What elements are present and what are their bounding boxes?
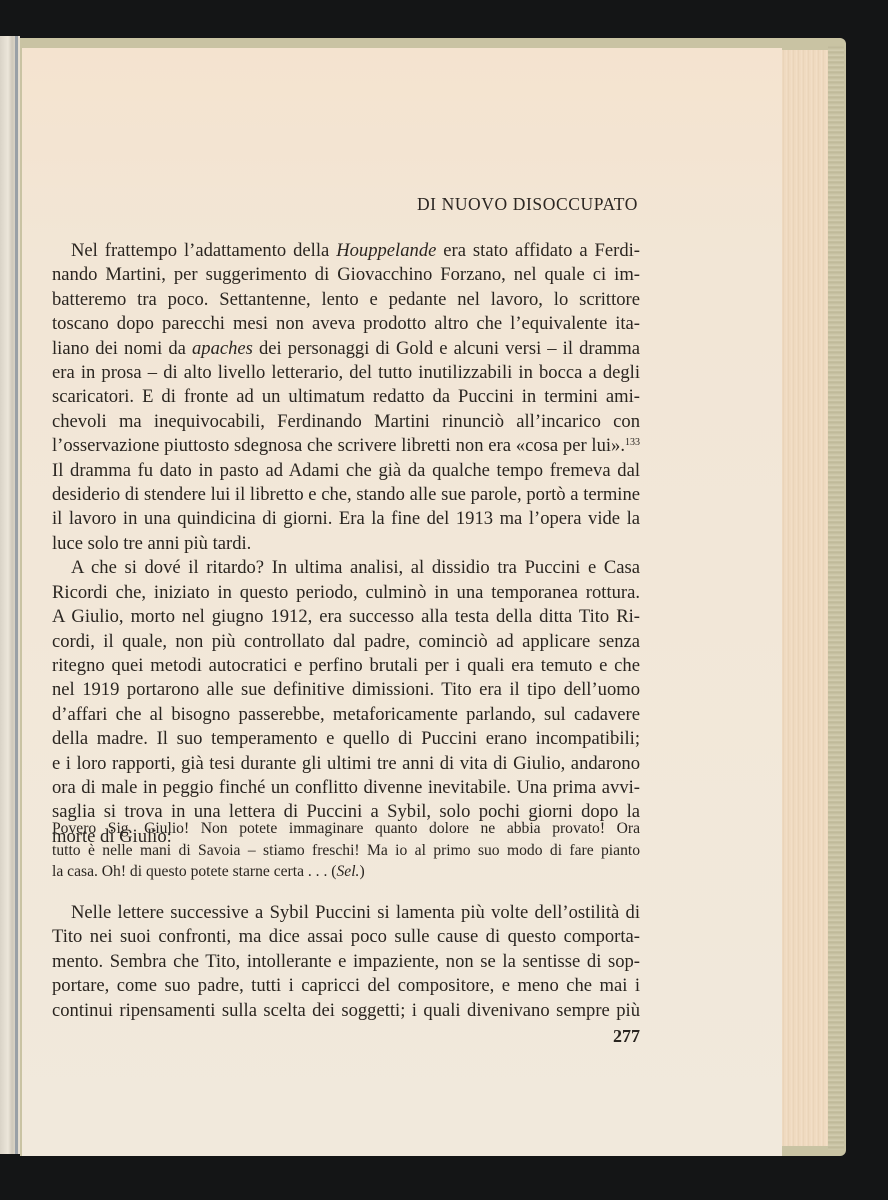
block-quote: Povero Sig. Giulio! Non potete immaginar… bbox=[52, 818, 640, 883]
text-line: mento. Sembra che Tito, intollerante e i… bbox=[52, 950, 640, 974]
text-line: luce solo tre anni più tardi. bbox=[52, 532, 640, 556]
text-line: Nelle lettere successive a Sybil Puccini… bbox=[52, 901, 640, 925]
text-line: portare, come suo padre, tutti i capricc… bbox=[52, 974, 640, 998]
text-line: liano dei nomi da apaches dei personaggi… bbox=[52, 337, 640, 361]
page-block-edges bbox=[780, 50, 828, 1146]
text-line: della madre. Il suo temperamento e quell… bbox=[52, 727, 640, 751]
text-line: desiderio di stendere lui il libretto e … bbox=[52, 483, 640, 507]
paragraph-3: Nelle lettere successive a Sybil Puccini… bbox=[52, 901, 640, 1023]
book-gutter bbox=[15, 36, 18, 1154]
quote-line: Povero Sig. Giulio! Non potete immaginar… bbox=[52, 818, 640, 840]
text-line: A che si dové il ritardo? In ultima anal… bbox=[52, 556, 640, 580]
text-line: ritegno quei metodi autocratici e perfin… bbox=[52, 654, 640, 678]
text-line: e i loro rapporti, già tesi durante gli … bbox=[52, 752, 640, 776]
facing-page-edge bbox=[0, 36, 20, 1154]
quote-source: Sel. bbox=[336, 863, 359, 880]
text-line: scaricatori. E di fronte ad un ultimatum… bbox=[52, 385, 640, 409]
cover-cloth-edge bbox=[828, 46, 844, 1150]
text-line: Nel frattempo l’adattamento della Houppe… bbox=[52, 239, 640, 263]
quote-line: la casa. Oh! di questo potete starne cer… bbox=[52, 861, 640, 883]
text-line: batteremo tra poco. Settantenne, lento e… bbox=[52, 288, 640, 312]
text-line: il lavoro in una quindicina di giorni. E… bbox=[52, 507, 640, 531]
text-line: Il dramma fu dato in pasto ad Adami che … bbox=[52, 459, 640, 483]
text-line: era in prosa – di alto livello letterari… bbox=[52, 361, 640, 385]
text-line: ora di male in peggio finché un conflitt… bbox=[52, 776, 640, 800]
text-line: toscano dopo parecchi mesi non aveva pro… bbox=[52, 312, 640, 336]
text-line: chevoli ma inequivocabili, Ferdinando Ma… bbox=[52, 410, 640, 434]
paragraph-1: Nel frattempo l’adattamento della Houppe… bbox=[52, 239, 640, 849]
text-line: nel 1919 portarono alle sue definitive d… bbox=[52, 678, 640, 702]
text-line: l’osservazione piuttosto sdegnosa che sc… bbox=[52, 434, 640, 458]
text-line: cordi, il quale, non più controllato dal… bbox=[52, 630, 640, 654]
text-line: A Giulio, morto nel giugno 1912, era suc… bbox=[52, 605, 640, 629]
text-line: continui ripensamenti sulla scelta dei s… bbox=[52, 999, 640, 1023]
text-line: d’affari che al bisogno passerebbe, meta… bbox=[52, 703, 640, 727]
footnote-reference: 133 bbox=[625, 437, 640, 448]
running-head: DI NUOVO DISOCCUPATO bbox=[380, 194, 638, 215]
text-line: Tito nei suoi confronti, ma dice assai p… bbox=[52, 925, 640, 949]
quote-line: tutto è nelle mani di Savoia – stiamo fr… bbox=[52, 840, 640, 862]
text-line: Ricordi che, iniziato in questo periodo,… bbox=[52, 581, 640, 605]
page-number: 277 bbox=[580, 1026, 640, 1047]
text-line: nando Martini, per suggerimento di Giova… bbox=[52, 263, 640, 287]
